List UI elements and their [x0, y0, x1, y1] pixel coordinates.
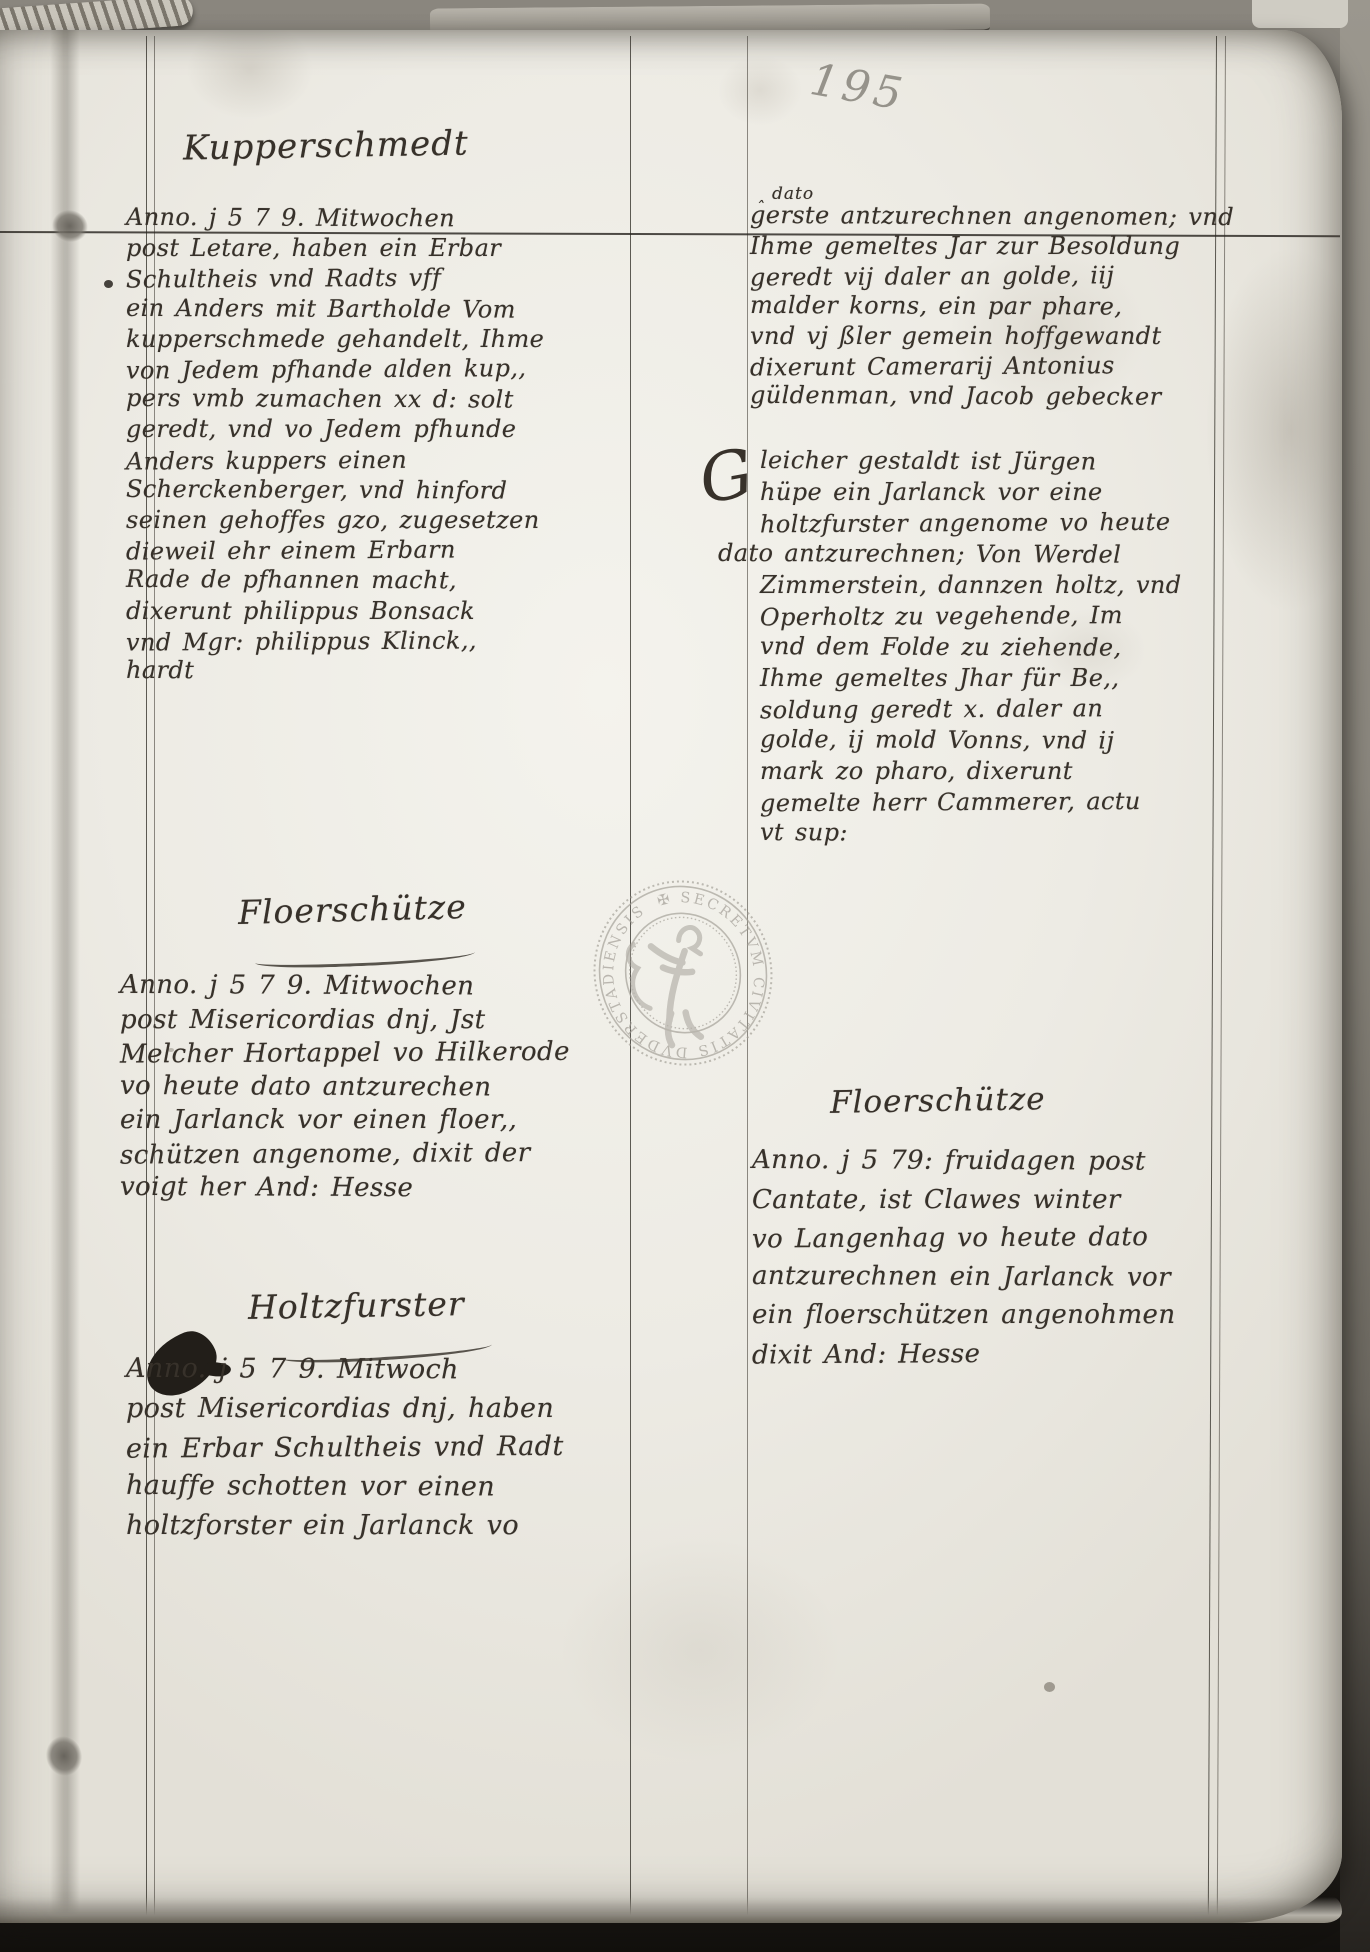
underlying-page-corner: [1252, 0, 1348, 28]
manuscript-line: ein Anders mit Bartholde Vom: [126, 292, 636, 324]
section-heading-floerschuetze-right: Floerschütze: [830, 1081, 1046, 1121]
manuscript-line: vnd Mgr: philippus Klinck,,: [126, 624, 636, 657]
heading-underline-flourish: [255, 945, 475, 970]
manuscript-line: post Letare, haben ein Erbar: [126, 233, 636, 263]
manuscript-line: antzurechnen ein Jarlanck vor: [752, 1256, 1237, 1297]
right-entry-floerschuetze: Anno. j 5 79: fruidagen postCantate, ist…: [752, 1142, 1237, 1373]
manuscript-line: gemelte herr Cammerer, actu: [718, 785, 1233, 819]
manuscript-line: güldenman, vnd Jacob gebecker: [750, 380, 1235, 412]
manuscript-line: Anders kuppers einen: [126, 443, 636, 476]
manuscript-line: Anno. j 5 79: fruidagen post: [752, 1141, 1237, 1182]
manuscript-line: holtzforster ein Jarlanck vo: [126, 1506, 641, 1545]
manuscript-line: gerste antzurechnen angenomen; vnd: [750, 200, 1235, 232]
left-entry-kupperschmedt: Anno. j 5 7 9. Mitwochenpost Letare, hab…: [126, 203, 636, 686]
left-entry-holtzfurster: Anno. j 5 7 9. Mitwochpost Misericordias…: [126, 1350, 641, 1545]
manuscript-line: pers vmb zumachen xx d: solt: [126, 383, 636, 415]
manuscript-line: golde, ij mold Vonns, vnd ij: [718, 724, 1233, 757]
manuscript-line: seinen gehoffes gzo, zugesetzen: [126, 505, 636, 535]
page-number: 195: [806, 54, 909, 121]
manuscript-line: Anno. j 5 7 9. Mitwochen: [120, 969, 635, 1005]
page-bottom-deckle-edge: [0, 1897, 1342, 1923]
manuscript-line: Scherckenberger, vnd hinford: [126, 474, 636, 506]
manuscript-page: 195 ✠ SECRETVM CIVITATIS DVDERSTADIENSIS: [0, 30, 1342, 1923]
manuscript-line: Operholtz zu vegehende, Im: [718, 599, 1233, 633]
manuscript-line: ein Jarlanck vor einen floer,,: [120, 1104, 635, 1138]
manuscript-line: vo heute dato antzurechen: [120, 1070, 635, 1106]
manuscript-line: kupperschmede gehandelt, Ihme: [126, 324, 636, 354]
manuscript-line: dieweil ehr einem Erbarn: [126, 534, 636, 567]
manuscript-line: vt sup:: [718, 817, 1233, 850]
manuscript-line: post Misericordias dnj, Jst: [120, 1004, 635, 1038]
margin-bullet-dot: [104, 280, 113, 288]
binding-gutter-crease: [50, 30, 80, 1923]
manuscript-line: hauffe schotten vor einen: [126, 1466, 641, 1507]
manuscript-line: hüpe ein Jarlanck vor eine: [718, 477, 1233, 508]
manuscript-line: holtzfurster angenome vo heute: [718, 506, 1233, 540]
manuscript-line: Anno. j 5 7 9. Mitwoch: [126, 1349, 641, 1390]
manuscript-line: dixerunt philippus Bonsack: [126, 596, 636, 626]
manuscript-line: ein Erbar Schultheis vnd Radt: [126, 1426, 641, 1468]
manuscript-line: dixit And: Hesse: [752, 1333, 1237, 1374]
manuscript-line: Anno. j 5 7 9. Mitwochen: [126, 202, 636, 234]
right-entry-holtzfurster-huepe: leicher gestaldt ist Jürgenhüpe ein Jarl…: [718, 446, 1233, 849]
section-heading-holtzfurster: Holtzfurster: [248, 1284, 465, 1327]
manuscript-line: Zimmerstein, dannzen holtz, vnd: [718, 570, 1233, 601]
manuscript-line: vnd vj ßler gemein hoffgewandt: [750, 321, 1235, 351]
book-page-stack-edge: [1340, 0, 1370, 1952]
ink-fleck: [1044, 1682, 1055, 1692]
manuscript-line: voigt her And: Hesse: [120, 1170, 635, 1206]
manuscript-line: schützen angenome, dixit der: [120, 1136, 635, 1173]
manuscript-line: vnd dem Folde zu ziehende,: [718, 631, 1233, 664]
manuscript-line: hardt: [126, 655, 636, 687]
manuscript-line: von Jedem pfhande alden kup,,: [126, 352, 636, 385]
section-heading-kupperschmedt: Kupperschmedt: [183, 124, 469, 169]
manuscript-line: mark zo pharo, dixerunt: [718, 756, 1233, 787]
manuscript-line: leicher gestaldt ist Jürgen: [718, 445, 1233, 478]
manuscript-line: Ihme gemeltes Jhar für Be,,: [718, 663, 1233, 694]
manuscript-line: post Misericordias dnj, haben: [126, 1389, 641, 1428]
manuscript-line: Cantate, ist Clawes winter: [752, 1181, 1237, 1220]
manuscript-line: Melcher Hortappel vo Hilkerode: [120, 1036, 635, 1073]
manuscript-line: Schultheis vnd Radts vff: [126, 262, 636, 295]
manuscript-line: malder korns, ein par phare,: [750, 290, 1235, 322]
manuscript-line: Rade de pfhannen macht,: [126, 564, 636, 596]
manuscript-line: dixerunt Camerarij Antonius: [750, 350, 1235, 383]
manuscript-line: ein floerschützen angenohmen: [752, 1296, 1237, 1335]
manuscript-line: soldung geredt x. daler an: [718, 692, 1233, 726]
section-heading-floerschuetze-left: Floerschütze: [238, 887, 468, 932]
manuscript-line: Ihme gemeltes Jar zur Besoldung: [750, 231, 1235, 261]
right-entry-continuation: gerste antzurechnen angenomen; vndIhme g…: [750, 201, 1235, 411]
scanned-manuscript-photo: 195 ✠ SECRETVM CIVITATIS DVDERSTADIENSIS: [0, 0, 1370, 1952]
manuscript-line: geredt vij daler an golde, iij: [750, 260, 1235, 293]
manuscript-line: geredt, vnd vo Jedem pfhunde: [126, 414, 636, 444]
left-entry-floerschuetze: Anno. j 5 7 9. Mitwochenpost Misericordi…: [120, 970, 635, 1205]
manuscript-line: vo Langenhag vo heute dato: [752, 1218, 1237, 1259]
manuscript-line: dato antzurechnen; Von Werdel: [718, 538, 1233, 571]
